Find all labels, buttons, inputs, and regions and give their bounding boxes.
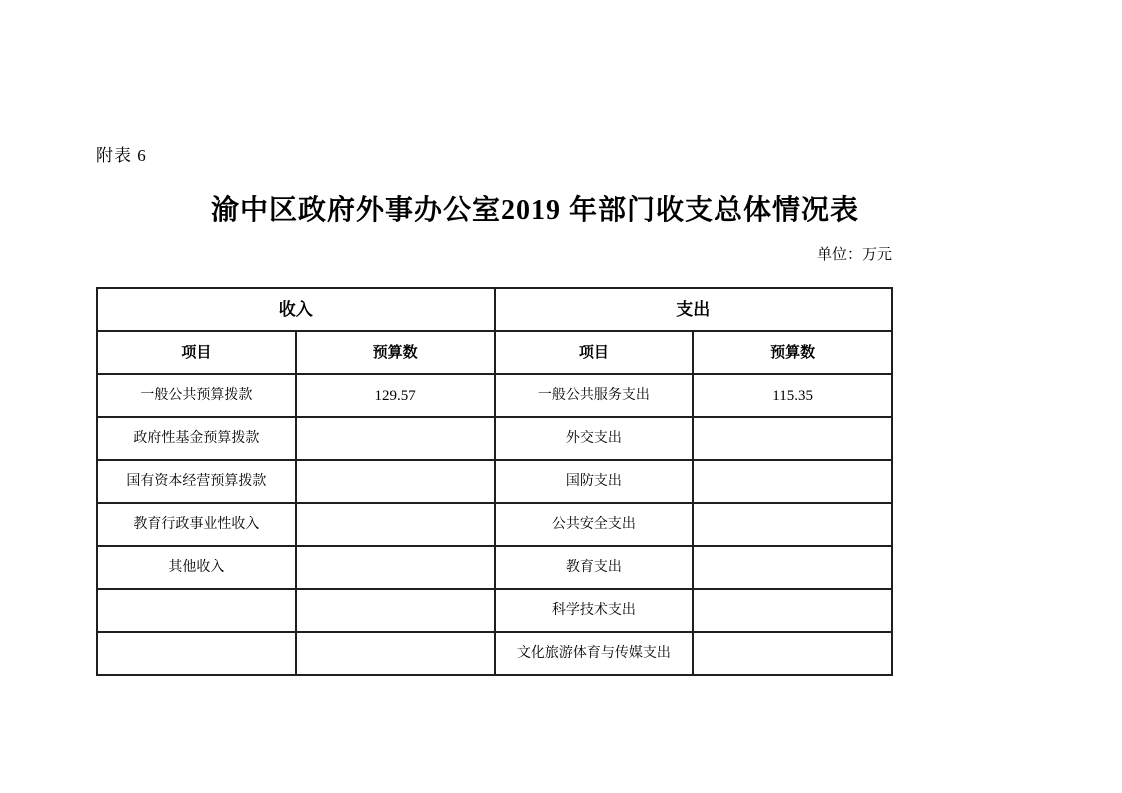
column-header-income-item: 项目 bbox=[97, 331, 296, 374]
income-item-cell bbox=[97, 589, 296, 632]
income-budget-cell bbox=[296, 503, 495, 546]
income-item-cell bbox=[97, 632, 296, 675]
expense-budget-cell bbox=[693, 503, 892, 546]
unit-label: 单位：万元 bbox=[95, 245, 892, 265]
income-item-cell: 政府性基金预算拨款 bbox=[97, 417, 296, 460]
income-budget-cell bbox=[296, 632, 495, 675]
expense-item-cell: 科学技术支出 bbox=[495, 589, 694, 632]
table-row: 政府性基金预算拨款 外交支出 bbox=[97, 417, 892, 460]
document-page: 附表 6 渝中区政府外事办公室2019 年部门收支总体情况表 单位：万元 收入 … bbox=[0, 0, 1122, 793]
income-budget-cell bbox=[296, 546, 495, 589]
table-row: 文化旅游体育与传媒支出 bbox=[97, 632, 892, 675]
table-column-header-row: 项目 预算数 项目 预算数 bbox=[97, 331, 892, 374]
income-budget-cell bbox=[296, 417, 495, 460]
table-row: 教育行政事业性收入 公共安全支出 bbox=[97, 503, 892, 546]
expense-budget-cell bbox=[693, 417, 892, 460]
income-item-cell: 一般公共预算拨款 bbox=[97, 374, 296, 417]
column-header-income-budget: 预算数 bbox=[296, 331, 495, 374]
table-row: 国有资本经营预算拨款 国防支出 bbox=[97, 460, 892, 503]
expense-item-cell: 一般公共服务支出 bbox=[495, 374, 694, 417]
income-item-cell: 国有资本经营预算拨款 bbox=[97, 460, 296, 503]
expense-item-cell: 教育支出 bbox=[495, 546, 694, 589]
expense-item-cell: 国防支出 bbox=[495, 460, 694, 503]
income-item-cell: 教育行政事业性收入 bbox=[97, 503, 296, 546]
expense-item-cell: 外交支出 bbox=[495, 417, 694, 460]
page-title: 渝中区政府外事办公室2019 年部门收支总体情况表 bbox=[95, 193, 975, 229]
column-header-expense-item: 项目 bbox=[495, 331, 694, 374]
income-group-header: 收入 bbox=[97, 288, 495, 331]
expense-budget-cell bbox=[693, 546, 892, 589]
expense-budget-cell bbox=[693, 589, 892, 632]
column-header-expense-budget: 预算数 bbox=[693, 331, 892, 374]
expense-budget-cell bbox=[693, 460, 892, 503]
table-group-header-row: 收入 支出 bbox=[97, 288, 892, 331]
income-budget-cell: 129.57 bbox=[296, 374, 495, 417]
attachment-label: 附表 6 bbox=[96, 146, 147, 166]
table-row: 科学技术支出 bbox=[97, 589, 892, 632]
expense-budget-cell bbox=[693, 632, 892, 675]
expense-item-cell: 文化旅游体育与传媒支出 bbox=[495, 632, 694, 675]
expense-group-header: 支出 bbox=[495, 288, 893, 331]
income-item-cell: 其他收入 bbox=[97, 546, 296, 589]
income-budget-cell bbox=[296, 460, 495, 503]
table-row: 一般公共预算拨款 129.57 一般公共服务支出 115.35 bbox=[97, 374, 892, 417]
expense-budget-cell: 115.35 bbox=[693, 374, 892, 417]
income-budget-cell bbox=[296, 589, 495, 632]
expense-item-cell: 公共安全支出 bbox=[495, 503, 694, 546]
table-row: 其他收入 教育支出 bbox=[97, 546, 892, 589]
budget-table: 收入 支出 项目 预算数 项目 预算数 一般公共预算拨款 129.57 一般公共… bbox=[96, 287, 893, 676]
